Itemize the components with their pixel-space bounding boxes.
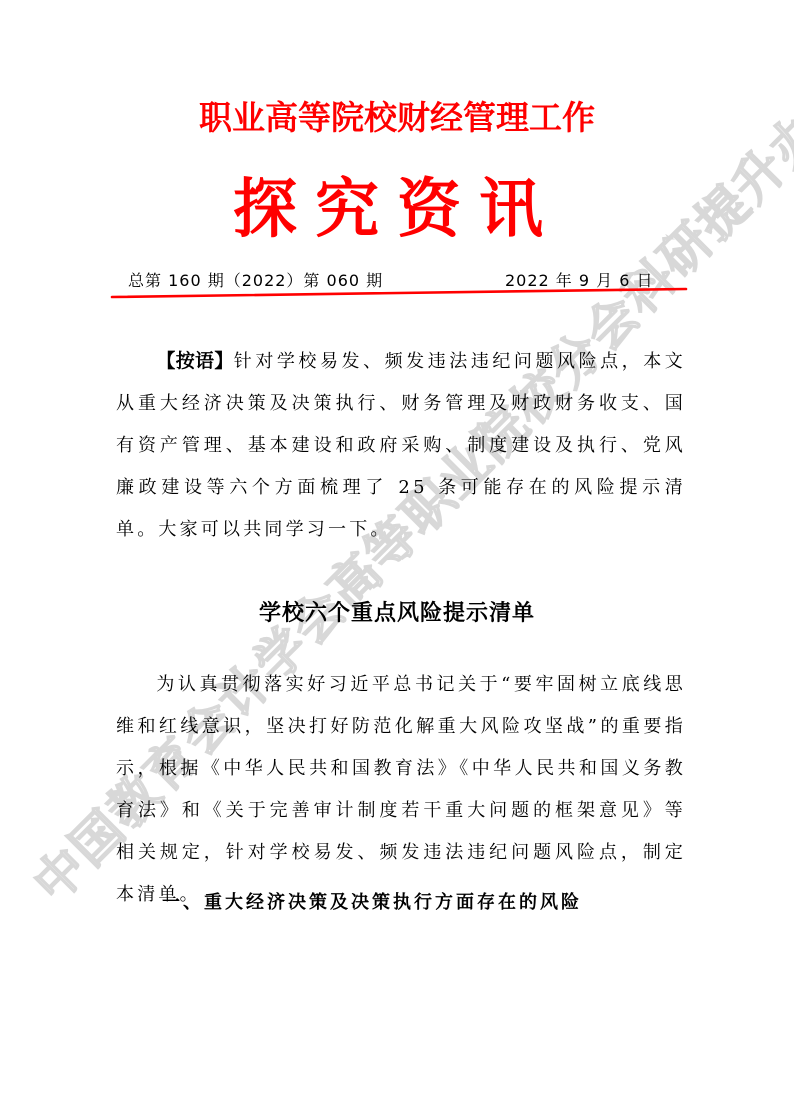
foreword-tag: 【按语】	[156, 350, 234, 372]
red-header-rule	[0, 0, 794, 320]
article-title: 学校六个重点风险提示清单	[0, 596, 794, 627]
article-intro-text: 为认真贯彻落实好习近平总书记关于“要牢固树立底线思维和红线意识，坚决打好防范化解…	[116, 674, 686, 905]
document-page: 职业高等院校财经管理工作 探究资讯 总第 160 期（2022）第 060 期 …	[0, 0, 794, 1108]
section-1-heading: 一、重大经济决策及决策执行方面存在的风险	[162, 888, 582, 914]
foreword-paragraph: 【按语】针对学校易发、频发违法违纪问题风险点，本文从重大经济决策及决策执行、财务…	[116, 340, 686, 551]
article-intro-paragraph: 为认真贯彻落实好习近平总书记关于“要牢固树立底线思维和红线意识，坚决打好防范化解…	[116, 664, 686, 916]
foreword-body: 针对学校易发、频发违法违纪问题风险点，本文从重大经济决策及决策执行、财务管理及财…	[116, 351, 686, 540]
